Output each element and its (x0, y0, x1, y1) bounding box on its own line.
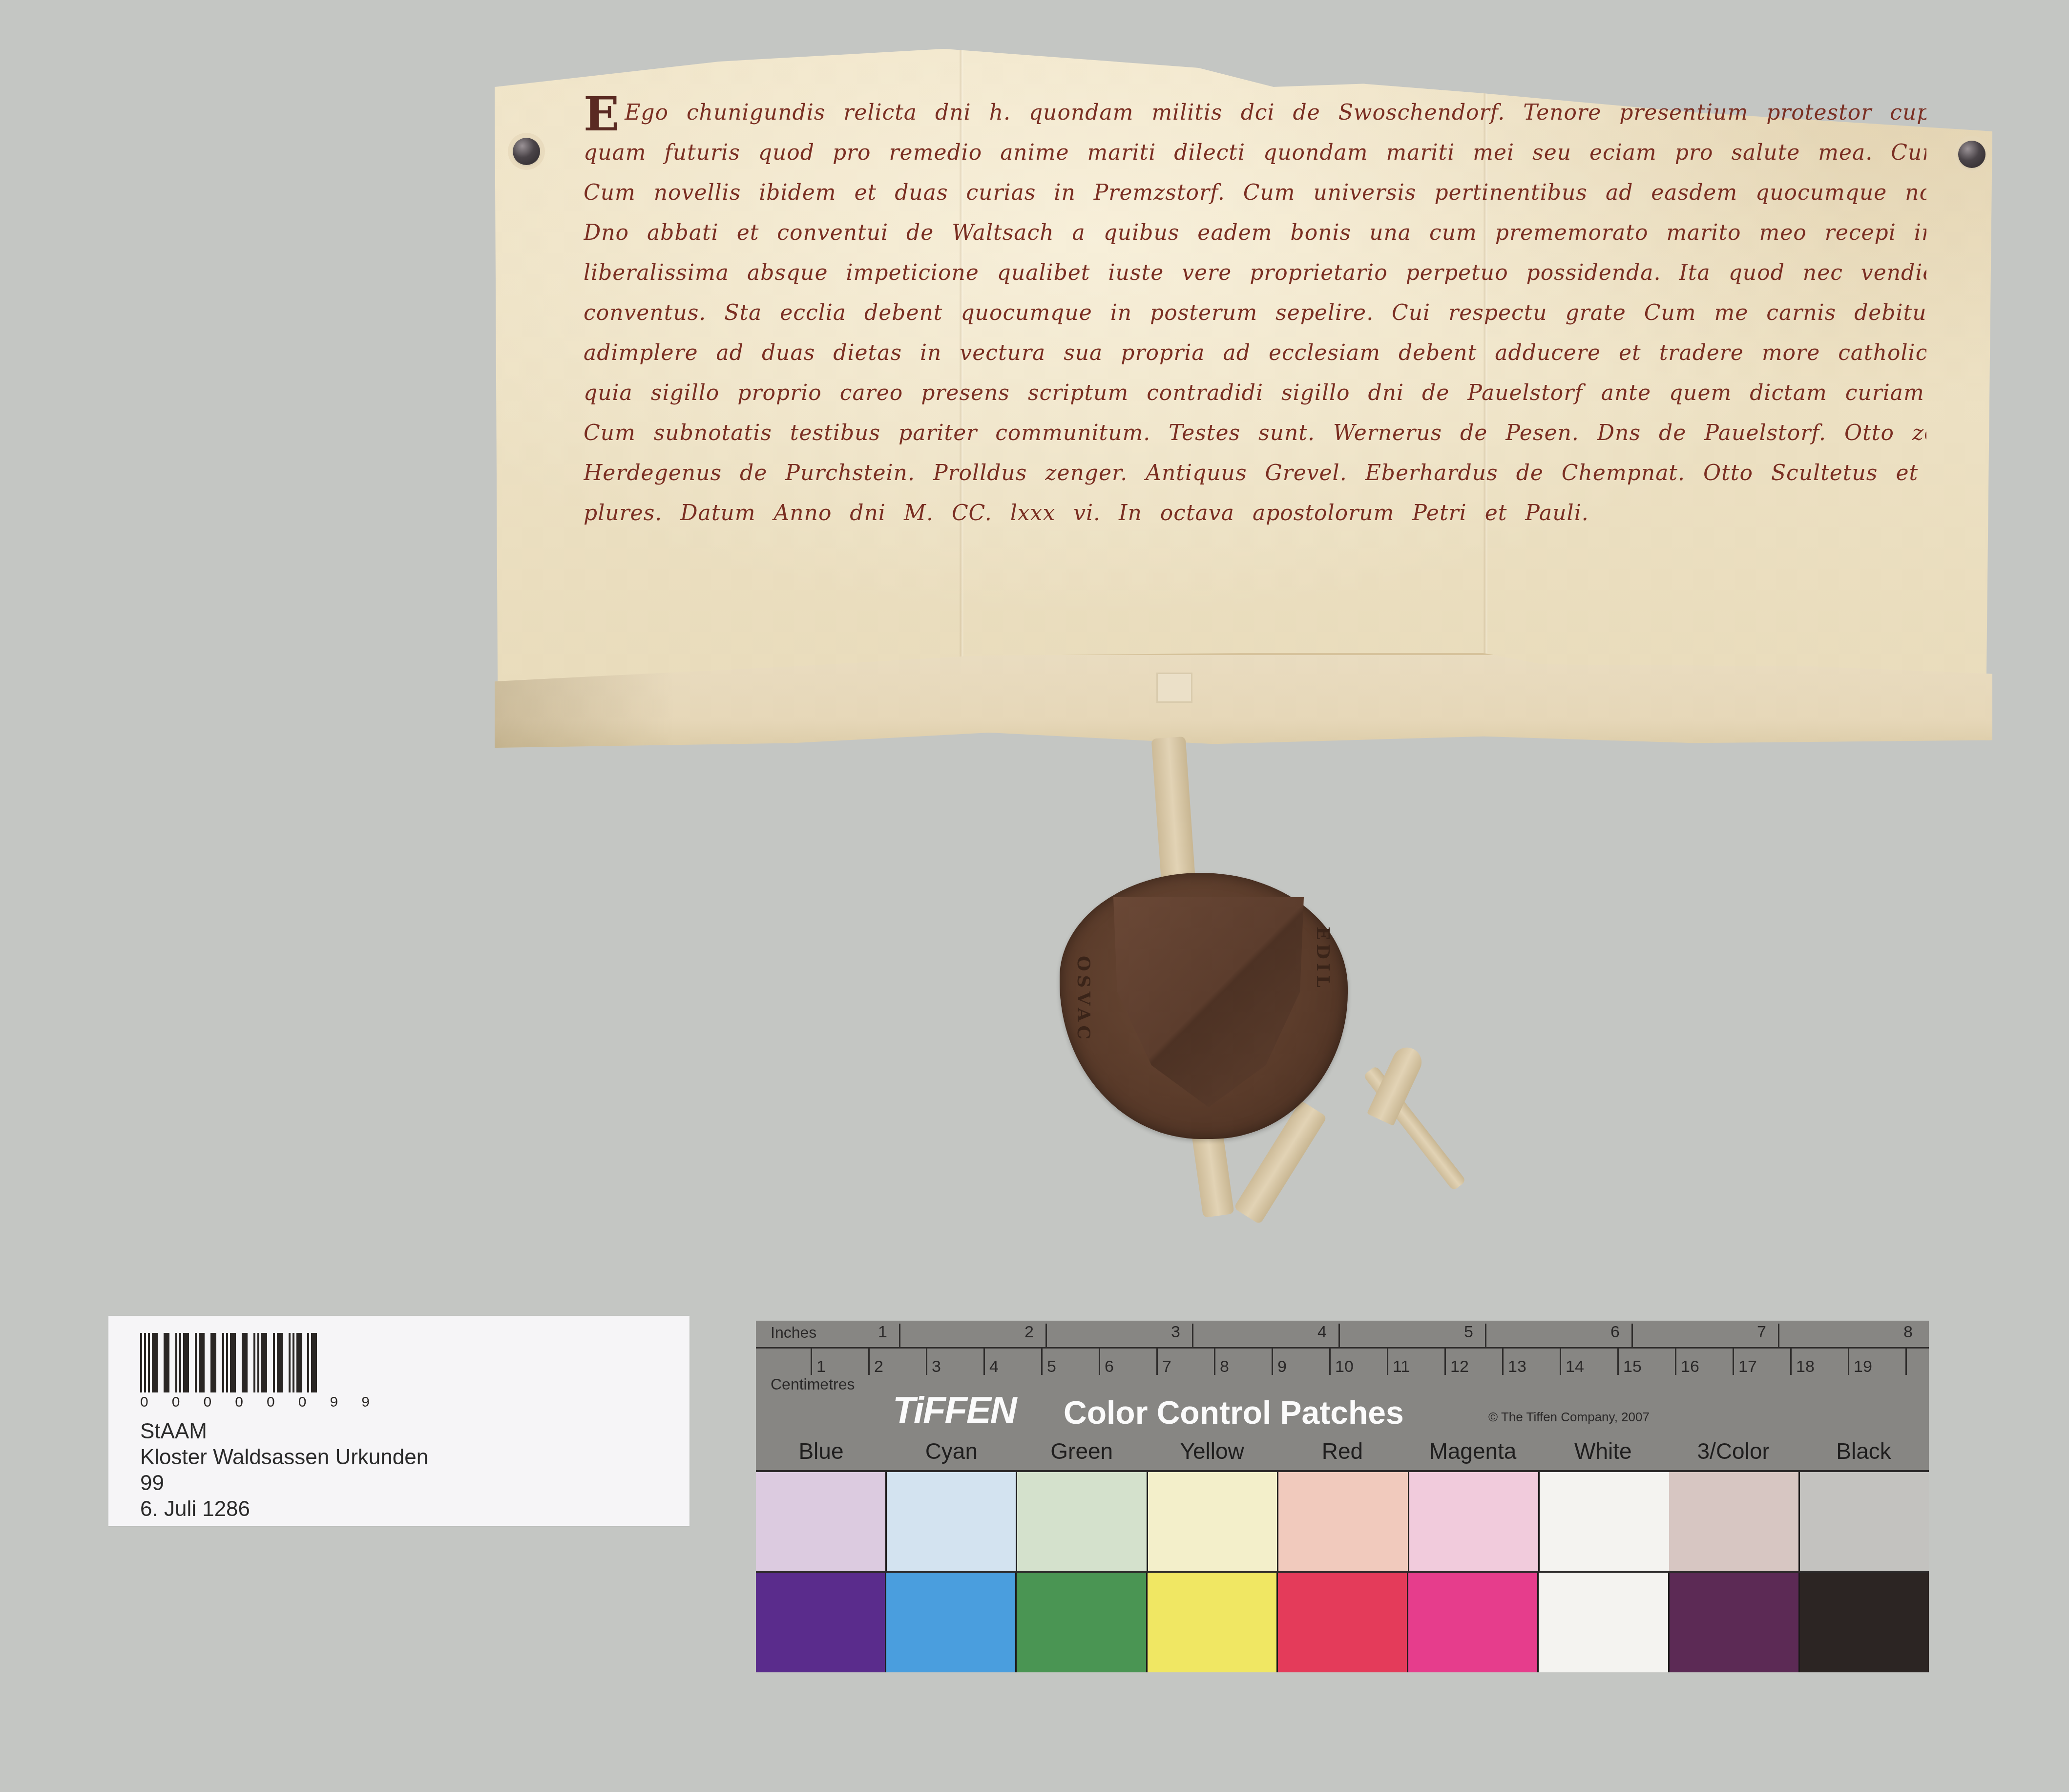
patch-cyan-light (887, 1472, 1018, 1573)
cm-mark: 8 (1220, 1357, 1229, 1376)
patch-3color-dark (1670, 1573, 1800, 1672)
text-line-content: Ego chunigundis relicta dni h. quondam m… (625, 100, 1926, 125)
text-line-9: Cum subnotatis testibus pariter communit… (584, 413, 1926, 453)
barcode-digit: 0 (298, 1394, 307, 1411)
centimetres-label: Centimetres (771, 1375, 855, 1393)
patch-green-light (1017, 1472, 1148, 1573)
shield-icon (1113, 897, 1304, 1107)
cm-mark: 19 (1854, 1357, 1872, 1376)
inch-mark: 2 (1024, 1323, 1034, 1342)
text-line-10: Herdegenus de Purchstein. Prolldus zenge… (584, 453, 1926, 493)
barcode-digit: 0 (267, 1394, 275, 1411)
seal-legend-right: EDIL (1314, 927, 1333, 991)
text-line-1: EEgo chunigundis relicta dni h. quondam … (584, 93, 1926, 133)
inch-mark: 6 (1610, 1323, 1620, 1342)
patch-magenta-dark (1408, 1573, 1539, 1672)
decorated-initial: E (584, 93, 620, 133)
text-line-11: plures. Datum Anno dni M. CC. lxxx vi. I… (584, 493, 1926, 533)
text-line-8: quia sigillo proprio careo presens scrip… (584, 373, 1926, 413)
patch-label-magenta: Magenta (1407, 1438, 1538, 1464)
patch-label-3color: 3/Color (1668, 1438, 1798, 1464)
patch-3color-light (1669, 1472, 1800, 1573)
seal-legend-left: OSVAC (1074, 956, 1094, 1043)
inch-mark: 4 (1317, 1323, 1327, 1342)
seal-strap-tail (1363, 1065, 1466, 1191)
patch-white-light (1540, 1472, 1669, 1573)
patch-label-cyan: Cyan (886, 1438, 1017, 1464)
inch-mark: 1 (878, 1323, 887, 1342)
inch-mark: 8 (1903, 1323, 1913, 1342)
archive-label-card: 0 0 0 0 0 0 9 9 StAAM Kloster Waldsassen… (108, 1316, 690, 1526)
patch-magenta-light (1409, 1472, 1540, 1573)
barcode-digit: 9 (330, 1394, 338, 1411)
chart-header: Inches 1 2 3 4 5 6 7 8 1 2 3 4 5 6 7 8 9… (756, 1321, 1929, 1470)
document-date: 6. Juli 1286 (140, 1496, 428, 1522)
seal-slot (1156, 673, 1192, 703)
cm-ruler: 1 2 3 4 5 6 7 8 9 10 11 12 13 14 15 16 1… (756, 1349, 1929, 1378)
copyright-note: © The Tiffen Company, 2007 (1488, 1410, 1650, 1425)
cm-mark: 5 (1047, 1357, 1056, 1376)
barcode-digit: 0 (204, 1394, 212, 1411)
patch-red-light (1278, 1472, 1409, 1573)
barcode-digit: 0 (172, 1394, 180, 1411)
patch-label-red: Red (1277, 1438, 1408, 1464)
light-patch-row (756, 1470, 1929, 1573)
cm-mark: 11 (1393, 1357, 1410, 1376)
patch-green-dark (1017, 1573, 1147, 1672)
cm-mark: 13 (1508, 1357, 1526, 1376)
patch-blue-light (756, 1472, 887, 1573)
text-line-7: adimplere ad duas dietas in vectura sua … (584, 333, 1926, 373)
patch-yellow-light (1148, 1472, 1279, 1573)
barcode-icon (140, 1333, 317, 1392)
patch-label-green: Green (1017, 1438, 1147, 1464)
color-control-chart: Inches 1 2 3 4 5 6 7 8 1 2 3 4 5 6 7 8 9… (756, 1321, 1929, 1670)
patch-yellow-dark (1148, 1573, 1278, 1672)
chart-title: Color Control Patches (1064, 1394, 1404, 1431)
cm-mark: 14 (1566, 1357, 1584, 1376)
patch-label-blue: Blue (756, 1438, 886, 1464)
cm-mark: 16 (1681, 1357, 1699, 1376)
cm-mark: 6 (1105, 1357, 1114, 1376)
inch-mark: 5 (1464, 1323, 1473, 1342)
cm-mark: 10 (1335, 1357, 1354, 1376)
cm-mark: 2 (874, 1357, 883, 1376)
cm-mark: 3 (932, 1357, 941, 1376)
text-line-2: quam futuris quod pro remedio anime mari… (584, 133, 1926, 173)
mounting-pin-icon (1958, 141, 1985, 168)
patch-cyan-dark (886, 1573, 1017, 1672)
text-line-6: conventus. Sta ecclia debent quocumque i… (584, 293, 1926, 333)
cm-mark: 18 (1796, 1357, 1815, 1376)
patch-label-yellow: Yellow (1147, 1438, 1277, 1464)
cm-mark: 15 (1623, 1357, 1642, 1376)
patch-red-dark (1278, 1573, 1408, 1672)
text-line-3: Cum novellis ibidem et duas curias in Pr… (584, 173, 1926, 213)
inch-mark: 7 (1757, 1323, 1766, 1342)
patch-label-white: White (1538, 1438, 1668, 1464)
cm-mark: 4 (989, 1357, 999, 1376)
barcode-digit: 0 (235, 1394, 243, 1411)
collection-name: Kloster Waldsassen Urkunden (140, 1444, 428, 1470)
wax-seal: OSVAC EDIL (1060, 873, 1348, 1139)
archive-name: StAAM (140, 1418, 428, 1444)
barcode-digit: 9 (361, 1394, 370, 1411)
cm-mark: 12 (1450, 1357, 1469, 1376)
patch-black-dark (1800, 1573, 1929, 1672)
tiffen-logo: TiFFEN (893, 1389, 1016, 1432)
dark-patch-row (756, 1571, 1929, 1672)
text-line-4: Dno abbati et conventui de Waltsach a qu… (584, 213, 1926, 253)
cm-mark: 9 (1277, 1357, 1287, 1376)
patch-white-dark (1539, 1573, 1669, 1672)
barcode-number: 0 0 0 0 0 0 9 9 (140, 1394, 370, 1411)
charter-text: EEgo chunigundis relicta dni h. quondam … (584, 93, 1926, 533)
seal-strap (1151, 737, 1196, 885)
patch-labels: Blue Cyan Green Yellow Red Magenta White… (756, 1438, 1929, 1464)
inch-mark: 3 (1171, 1323, 1180, 1342)
cm-mark: 7 (1162, 1357, 1171, 1376)
patch-blue-dark (756, 1573, 886, 1672)
text-line-5: liberalissima absque impeticione qualibe… (584, 253, 1926, 293)
patch-label-black: Black (1798, 1438, 1929, 1464)
inch-ruler: Inches 1 2 3 4 5 6 7 8 (756, 1321, 1929, 1349)
document-number: 99 (140, 1470, 428, 1496)
cm-mark: 1 (816, 1357, 826, 1376)
patch-black-light (1800, 1472, 1929, 1573)
mounting-pin-icon (513, 138, 540, 165)
barcode-digit: 0 (140, 1394, 148, 1411)
inches-label: Inches (771, 1324, 816, 1342)
cm-mark: 17 (1738, 1357, 1757, 1376)
